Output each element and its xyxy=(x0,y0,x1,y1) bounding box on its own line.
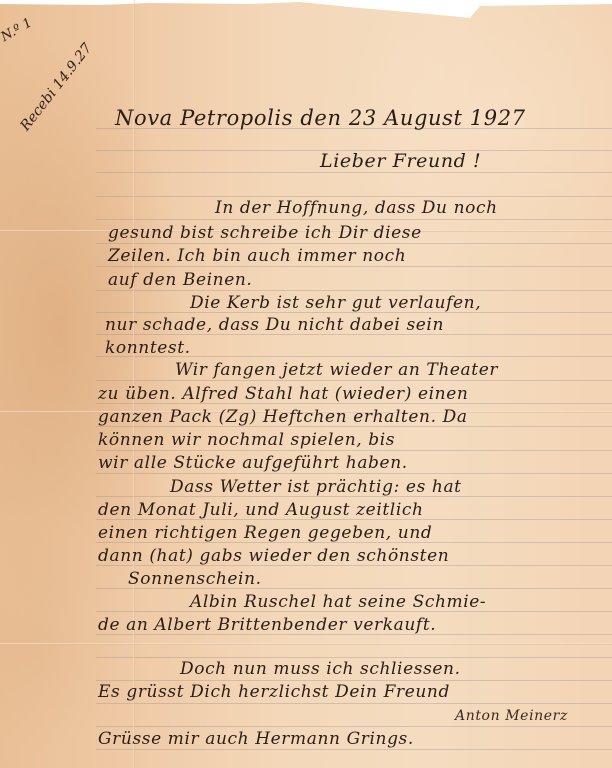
body-line: Dass Wetter ist prächtig: es hat xyxy=(170,479,462,496)
closing-greeting: Es grüsst Dich herzlichst Dein Freund xyxy=(98,684,450,701)
fold-crease xyxy=(0,643,612,645)
salutation: Lieber Freund ! xyxy=(320,152,481,171)
closing-line: Doch nun muss ich schliessen. xyxy=(180,661,461,678)
body-line: ganzen Pack (Zg) Heftchen erhalten. Da xyxy=(98,409,468,426)
rule-line xyxy=(96,266,612,267)
rule-line xyxy=(96,243,612,244)
body-line: gesund bist schreibe ich Dir diese xyxy=(108,225,422,242)
body-line: auf den Beinen. xyxy=(108,272,252,289)
body-line: In der Hoffnung, dass Du noch xyxy=(215,200,498,217)
rule-line xyxy=(96,219,612,220)
body-line: Die Kerb ist sehr gut verlaufen, xyxy=(190,295,481,312)
received-date-annotation: Recebi 14.9.27 xyxy=(17,40,95,134)
body-line: Wir fangen jetzt wieder an Theater xyxy=(175,362,498,379)
rule-line xyxy=(96,703,612,704)
torn-top-edge xyxy=(0,0,612,20)
body-line: Zeilen. Ich bin auch immer noch xyxy=(108,248,406,265)
postscript: Grüsse mir auch Hermann Grings. xyxy=(98,731,414,748)
place-date-line: Nova Petropolis den 23 August 1927 xyxy=(115,108,526,129)
body-line: de an Albert Brittenbender verkauft. xyxy=(98,617,436,634)
body-line: konntest. xyxy=(105,340,191,357)
rule-line xyxy=(96,726,612,727)
rule-line xyxy=(96,172,612,173)
body-line: wir alle Stücke aufgeführt haben. xyxy=(98,455,408,472)
body-line: dann (hat) gabs wieder den schönsten xyxy=(98,548,449,565)
letter-paper: N.º 1 Recebi 14.9.27 Nova Petropolis den… xyxy=(0,0,612,768)
body-line: zu üben. Alfred Stahl hat (wieder) einen xyxy=(98,386,468,403)
body-line: einen richtigen Regen gegeben, und xyxy=(98,525,432,542)
body-line: nur schade, dass Du nicht dabei sein xyxy=(105,317,444,334)
body-line: Albin Ruschel hat seine Schmie- xyxy=(190,594,486,611)
signature: Anton Meinerz xyxy=(455,709,568,723)
body-line: Sonnenschein. xyxy=(128,571,262,588)
rule-line xyxy=(96,749,612,750)
rule-line xyxy=(96,380,612,381)
rule-line xyxy=(96,196,612,197)
rule-line xyxy=(96,680,612,681)
letter-number-annotation: N.º 1 xyxy=(0,15,35,45)
body-line: können wir nochmal spielen, bis xyxy=(98,432,395,449)
rule-line xyxy=(96,657,612,658)
rule-line xyxy=(96,473,612,474)
rule-line xyxy=(96,450,612,451)
rule-line xyxy=(96,290,612,291)
body-line: den Monat Juli, und August zeitlich xyxy=(98,502,424,519)
